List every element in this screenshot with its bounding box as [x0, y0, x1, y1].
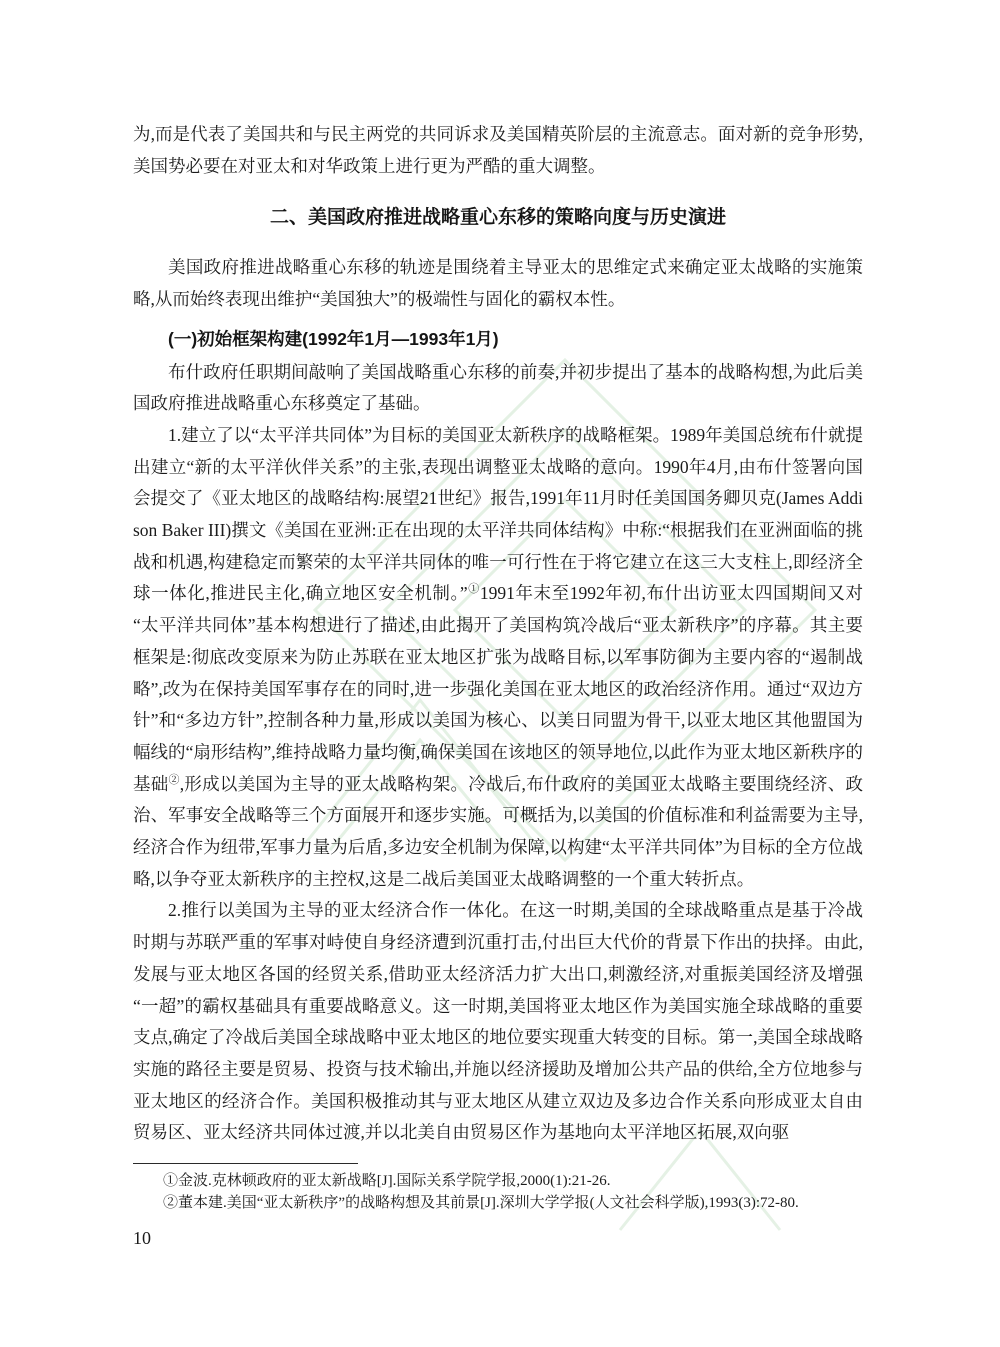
footnote-area: ①金波.克林顿政府的亚太新战略[J].国际关系学院学报,2000(1):21-2…	[133, 1163, 863, 1215]
point-1-text-c: ,形成以美国为主导的亚太战略构架。冷战后,布什政府的美国亚太战略主要围绕经济、政…	[133, 774, 863, 889]
article-body: 为,而是代表了美国共和与民主两党的共同诉求及美国精英阶层的主流意志。面对新的竞争…	[133, 119, 863, 1149]
section-heading: 二、美国政府推进战略重心东移的策略向度与历史演进	[133, 203, 863, 233]
paragraph-subsection-intro: 布什政府任职期间敲响了美国战略重心东移的前奏,并初步提出了基本的战略构想,为此后…	[133, 357, 863, 420]
paragraph-point-2: 2.推行以美国为主导的亚太经济合作一体化。在这一时期,美国的全球战略重点是基于冷…	[133, 895, 863, 1149]
page-number: 10	[133, 1227, 151, 1249]
paragraph-point-1: 1.建立了以“太平洋共同体”为目标的美国亚太新秩序的战略框架。1989年美国总统…	[133, 420, 863, 896]
footnote-ref-1: ①	[468, 584, 480, 596]
point-1-text-b: 1991年末至1992年初,布什出访亚太四国期间又对“太平洋共同体”基本构想进行…	[133, 583, 863, 793]
paragraph-continuation: 为,而是代表了美国共和与民主两党的共同诉求及美国精英阶层的主流意志。面对新的竞争…	[133, 119, 863, 182]
subsection-heading: (一)初始框架构建(1992年1月—1993年1月)	[133, 324, 863, 356]
point-1-text-a: 1.建立了以“太平洋共同体”为目标的美国亚太新秩序的战略框架。1989年美国总统…	[133, 425, 863, 604]
footnote-2: ②董本建.美国“亚太新秩序”的战略构想及其前景[J].深圳大学学报(人文社会科学…	[133, 1193, 863, 1215]
footnote-separator	[133, 1163, 358, 1164]
footnote-ref-2: ②	[169, 774, 180, 786]
document-page: 为,而是代表了美国共和与民主两党的共同诉求及美国精英阶层的主流意志。面对新的竞争…	[0, 0, 1000, 1347]
footnote-1: ①金波.克林顿政府的亚太新战略[J].国际关系学院学报,2000(1):21-2…	[133, 1171, 863, 1193]
paragraph-section-intro: 美国政府推进战略重心东移的轨迹是围绕着主导亚太的思维定式来确定亚太战略的实施策略…	[133, 252, 863, 315]
